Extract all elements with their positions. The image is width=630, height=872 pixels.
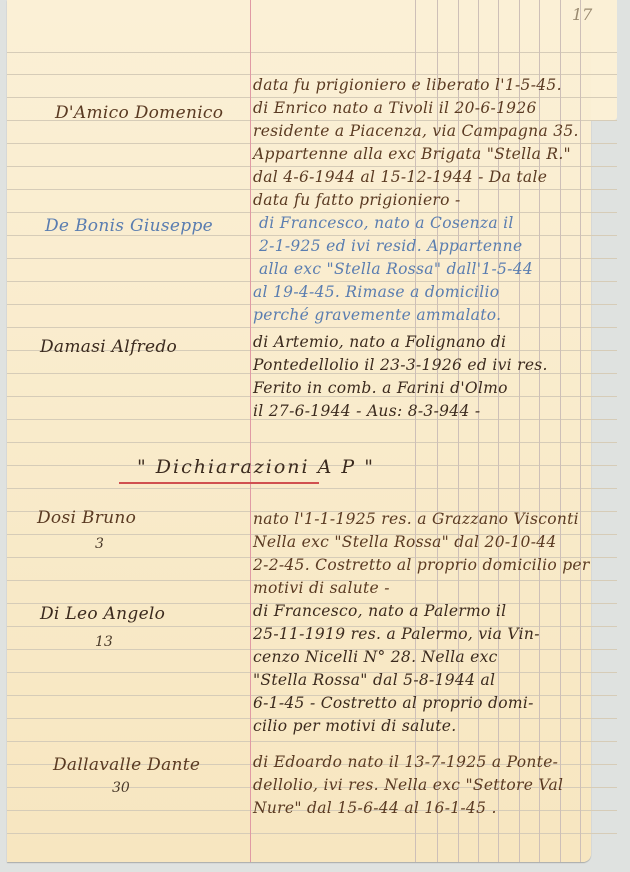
declaration-line: Nure" dal 15-6-44 al 16-1-45 . xyxy=(253,799,497,817)
page-tab-edge xyxy=(591,0,617,120)
ledger-page: 17 D'Amico Domenico data fu prigioniero … xyxy=(7,0,591,862)
declaration-line: dellolio, ivi res. Nella exc "Settore Va… xyxy=(253,776,563,794)
declaration-line: Nella exc "Stella Rossa" dal 20-10-44 xyxy=(253,533,557,551)
declaration-number: 30 xyxy=(112,780,130,796)
entry-name: D'Amico Domenico xyxy=(55,103,223,123)
entry-line: di Enrico nato a Tivoli il 20-6-1926 xyxy=(253,99,537,117)
declaration-line: cilio per motivi di salute. xyxy=(253,717,456,735)
declaration-line: motivi di salute - xyxy=(253,579,390,597)
entry-line: data fu fatto prigioniero - xyxy=(253,191,461,209)
declaration-line: 2-2-45. Costretto al proprio domicilio p… xyxy=(253,556,590,574)
entry-line: Ferito in comb. a Farini d'Olmo xyxy=(253,379,508,397)
declaration-line: 6-1-45 - Costretto al proprio domi- xyxy=(253,694,534,712)
entry-line: 2-1-925 ed ivi resid. Appartenne xyxy=(259,237,522,255)
heading-underline xyxy=(119,482,319,484)
declaration-line: di Francesco, nato a Palermo il xyxy=(253,602,506,620)
declaration-number: 13 xyxy=(95,634,113,650)
entry-line: di Artemio, nato a Folignano di xyxy=(253,333,506,351)
declaration-name: Dosi Bruno xyxy=(37,508,136,528)
declaration-line: cenzo Nicelli N° 28. Nella exc xyxy=(253,648,498,666)
entry-line: Appartenne alla exc Brigata "Stella R." xyxy=(253,145,571,163)
entry-line: Pontedellolio il 23-3-1926 ed ivi res. xyxy=(253,356,548,374)
entry-line: il 27-6-1944 - Aus: 8-3-944 - xyxy=(253,402,480,420)
declaration-line: 25-11-1919 res. a Palermo, via Vin- xyxy=(253,625,540,643)
entry-line: dal 4-6-1944 al 15-12-1944 - Da tale xyxy=(253,168,547,186)
declaration-name: Dallavalle Dante xyxy=(53,755,200,775)
entry-name: De Bonis Giuseppe xyxy=(45,216,213,236)
page-number: 17 xyxy=(572,5,592,24)
declaration-line: "Stella Rossa" dal 5-8-1944 al xyxy=(253,671,495,689)
entry-line: di Francesco, nato a Cosenza il xyxy=(259,214,514,232)
entry-line: data fu prigioniero e liberato l'1-5-45. xyxy=(253,76,562,94)
margin-line xyxy=(250,0,251,862)
entry-line: residente a Piacenza, via Campagna 35. xyxy=(253,122,579,140)
declaration-number: 3 xyxy=(95,536,104,552)
declaration-line: di Edoardo nato il 13-7-1925 a Ponte- xyxy=(253,753,558,771)
entry-name: Damasi Alfredo xyxy=(40,337,177,357)
section-heading: " Dichiarazioni A P " xyxy=(137,456,375,478)
entry-line: alla exc "Stella Rossa" dall'1-5-44 xyxy=(259,260,533,278)
declaration-line: nato l'1-1-1925 res. a Grazzano Visconti xyxy=(253,510,579,528)
entry-line: perché gravemente ammalato. xyxy=(253,306,501,324)
declaration-name: Di Leo Angelo xyxy=(40,604,165,624)
entry-line: al 19-4-45. Rimase a domicilio xyxy=(253,283,499,301)
